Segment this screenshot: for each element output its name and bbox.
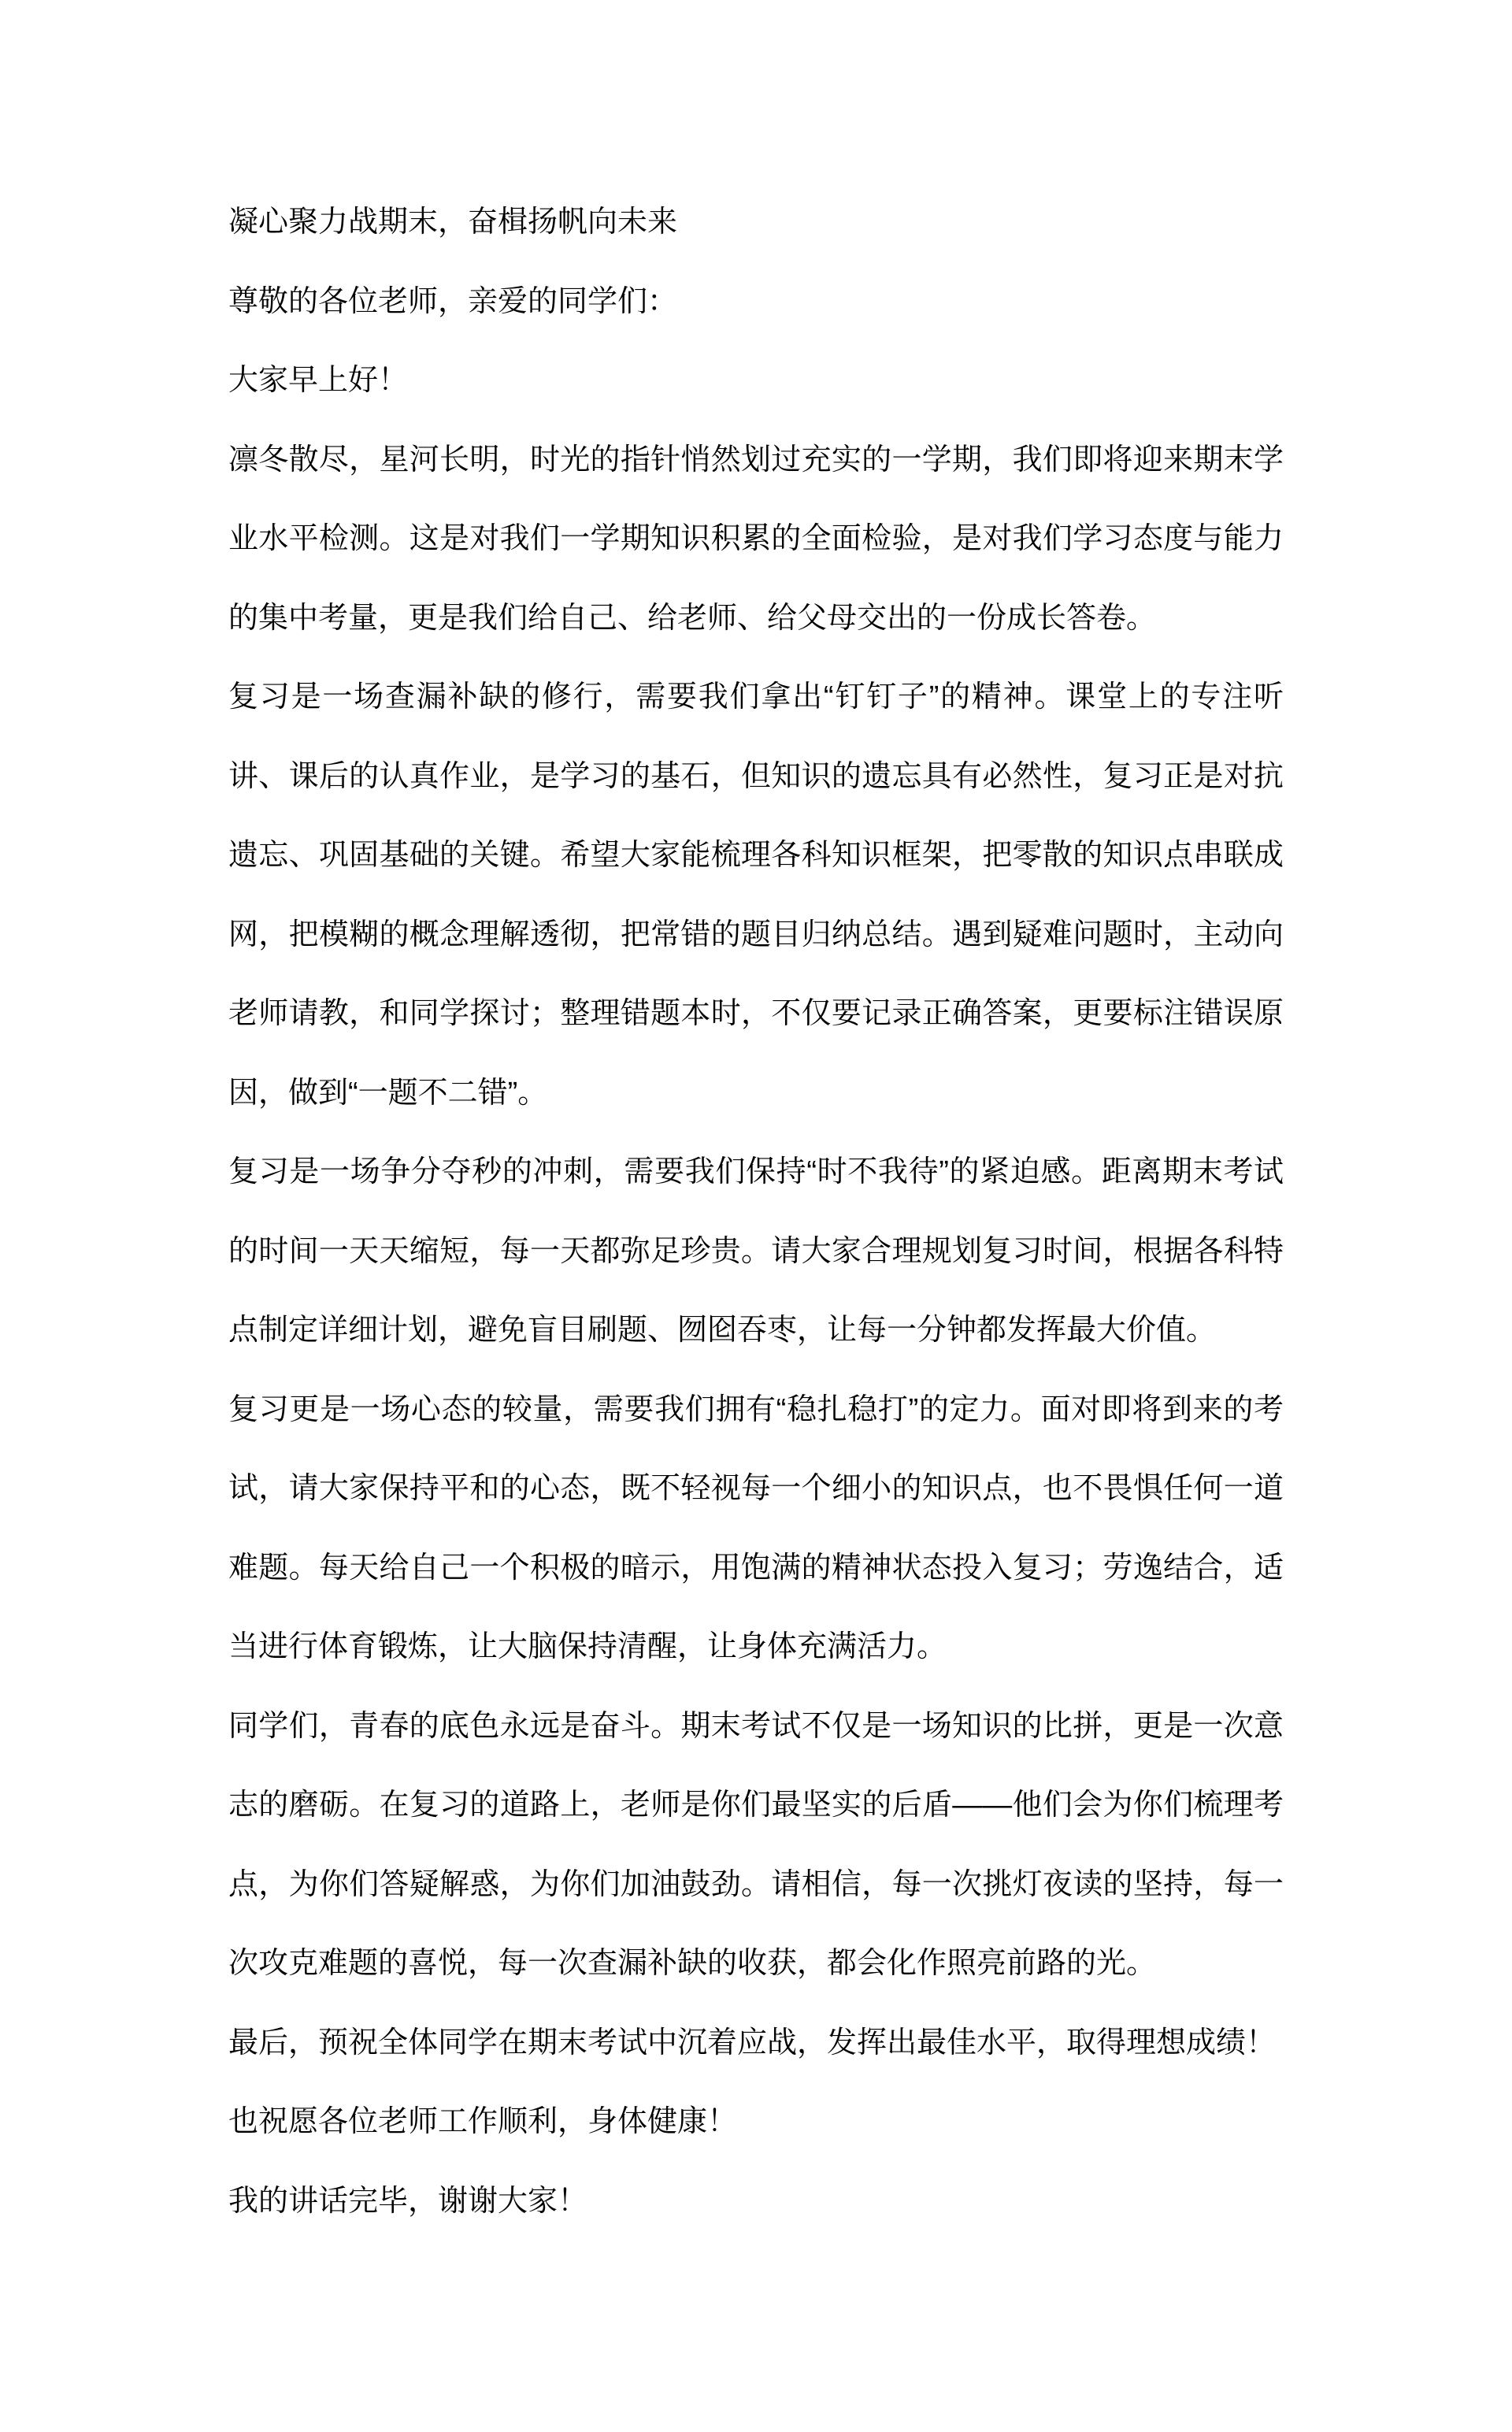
closing-wish-teachers: 也祝愿各位老师工作顺利，身体健康！: [228, 2082, 1284, 2162]
doc-title: 凝心聚力战期末，奋楫扬帆向未来: [228, 183, 1284, 262]
body-paragraph: 同学们，青春的底色永远是奋斗。期末考试不仅是一场知识的比拼，更是一次意志的磨砺。…: [228, 1687, 1284, 2004]
speech-document: 凝心聚力战期末，奋楫扬帆向未来 尊敬的各位老师，亲爱的同学们： 大家早上好！ 凛…: [0, 0, 1512, 2432]
greeting-line: 尊敬的各位老师，亲爱的同学们：: [228, 262, 1284, 342]
body-paragraph: 复习是一场查漏补缺的修行，需要我们拿出“钉钉子”的精神。课堂上的专注听讲、课后的…: [228, 658, 1284, 1133]
closing-wish-students: 最后，预祝全体同学在期末考试中沉着应战，发挥出最佳水平，取得理想成绩！: [228, 2004, 1284, 2083]
closing-thanks: 我的讲话完毕，谢谢大家！: [228, 2162, 1284, 2241]
body-paragraph: 复习是一场争分夺秒的冲刺，需要我们保持“时不我待”的紧迫感。距离期末考试的时间一…: [228, 1133, 1284, 1370]
body-paragraph: 复习更是一场心态的较量，需要我们拥有“稳扎稳打”的定力。面对即将到来的考试，请大…: [228, 1370, 1284, 1687]
opening-line: 大家早上好！: [228, 341, 1284, 421]
body-paragraph: 凛冬散尽，星河长明，时光的指针悄然划过充实的一学期，我们即将迎来期末学业水平检测…: [228, 421, 1284, 658]
